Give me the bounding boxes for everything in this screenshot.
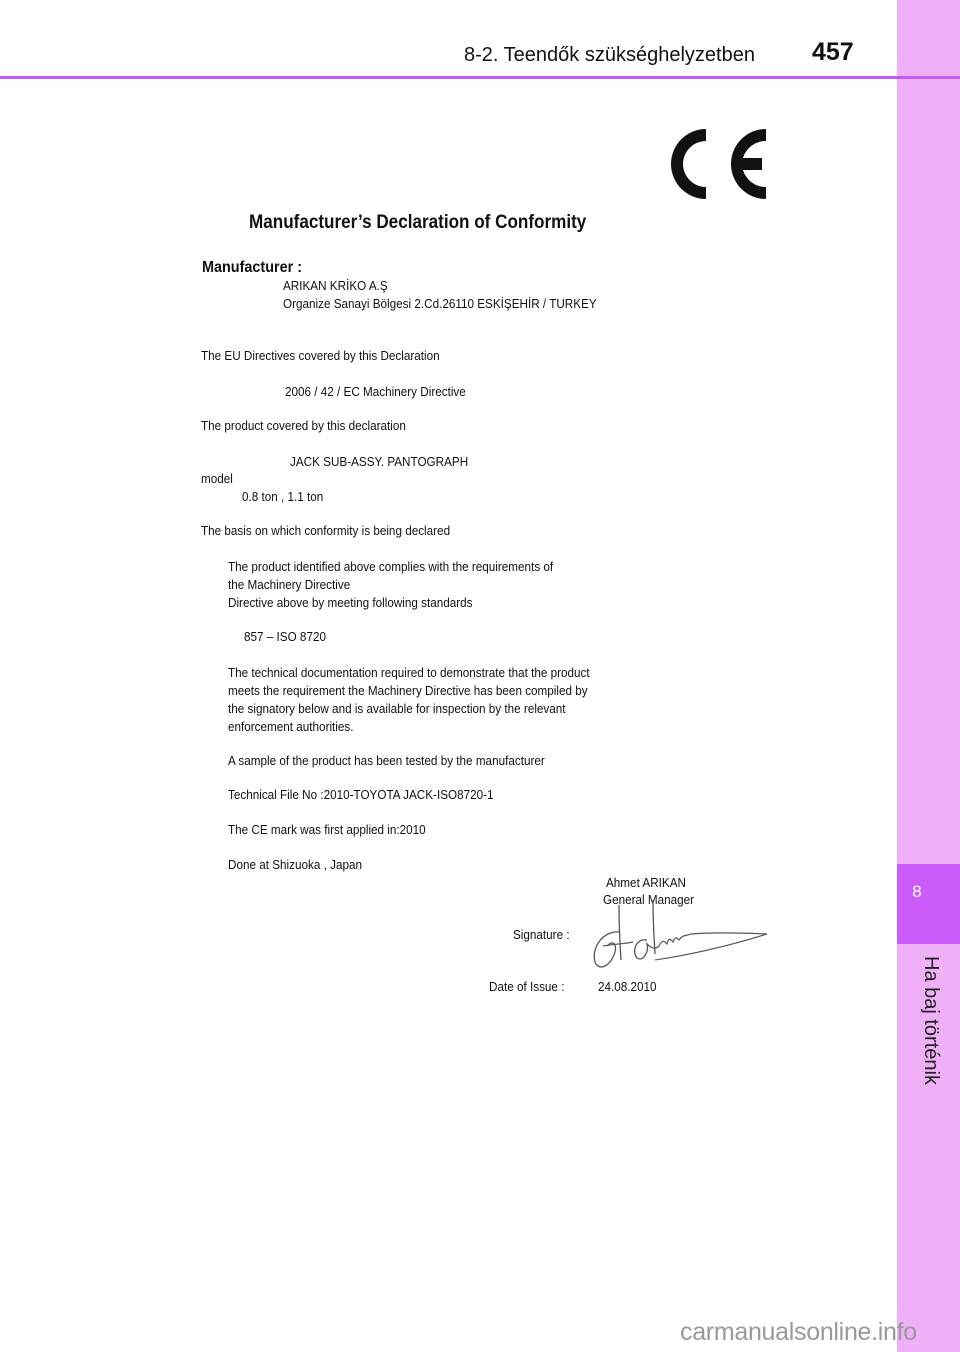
techdoc-line: The technical documentation required to … — [228, 665, 590, 680]
product-name: JACK SUB-ASSY. PANTOGRAPH — [290, 454, 468, 469]
done-at: Done at Shizuoka , Japan — [228, 857, 362, 872]
watermark: carmanualsonline.info — [680, 1318, 917, 1347]
document-title: Manufacturer’s Declaration of Conformity — [249, 212, 586, 234]
model-label: model — [201, 471, 233, 486]
ce-first-applied: The CE mark was first applied in:2010 — [228, 822, 426, 837]
sample-statement: A sample of the product has been tested … — [228, 753, 545, 768]
manufacturer-address: Organize Sanayi Bölgesi 2.Cd.26110 ESKİŞ… — [283, 296, 597, 311]
basis-heading: The basis on which conformity is being d… — [201, 523, 450, 538]
chapter-number: 8 — [897, 882, 937, 902]
technical-file: Technical File No :2010-TOYOTA JACK-ISO8… — [228, 787, 494, 802]
date-value: 24.08.2010 — [598, 979, 657, 994]
directives-heading: The EU Directives covered by this Declar… — [201, 348, 440, 363]
directive: 2006 / 42 / EC Machinery Directive — [285, 384, 466, 399]
model-values: 0.8 ton , 1.1 ton — [242, 489, 323, 504]
date-label: Date of Issue : — [489, 979, 564, 994]
basis-line: Directive above by meeting following sta… — [228, 595, 473, 610]
standard: 857 – ISO 8720 — [244, 629, 326, 644]
declaration-document: Manufacturer’s Declaration of Conformity… — [0, 0, 897, 1352]
basis-line: The product identified above complies wi… — [228, 559, 553, 574]
chapter-title: Ha baj történik — [897, 956, 960, 1126]
manufacturer-name: ARIKAN KRİKO A.Ş — [283, 278, 388, 293]
manufacturer-label: Manufacturer : — [202, 259, 302, 277]
techdoc-line: enforcement authorities. — [228, 719, 354, 734]
techdoc-line: meets the requirement the Machinery Dire… — [228, 683, 588, 698]
chapter-title-text: Ha baj történik — [919, 956, 942, 1085]
signature-icon — [585, 900, 775, 975]
basis-line: the Machinery Directive — [228, 577, 350, 592]
ce-mark-icon — [666, 126, 770, 202]
chapter-side-strip — [897, 0, 960, 1352]
chapter-tab[interactable]: 8 — [897, 864, 960, 944]
signature-label: Signature : — [513, 927, 570, 942]
product-heading: The product covered by this declaration — [201, 418, 406, 433]
signatory-name: Ahmet ARIKAN — [606, 875, 686, 890]
techdoc-line: the signatory below and is available for… — [228, 701, 566, 716]
